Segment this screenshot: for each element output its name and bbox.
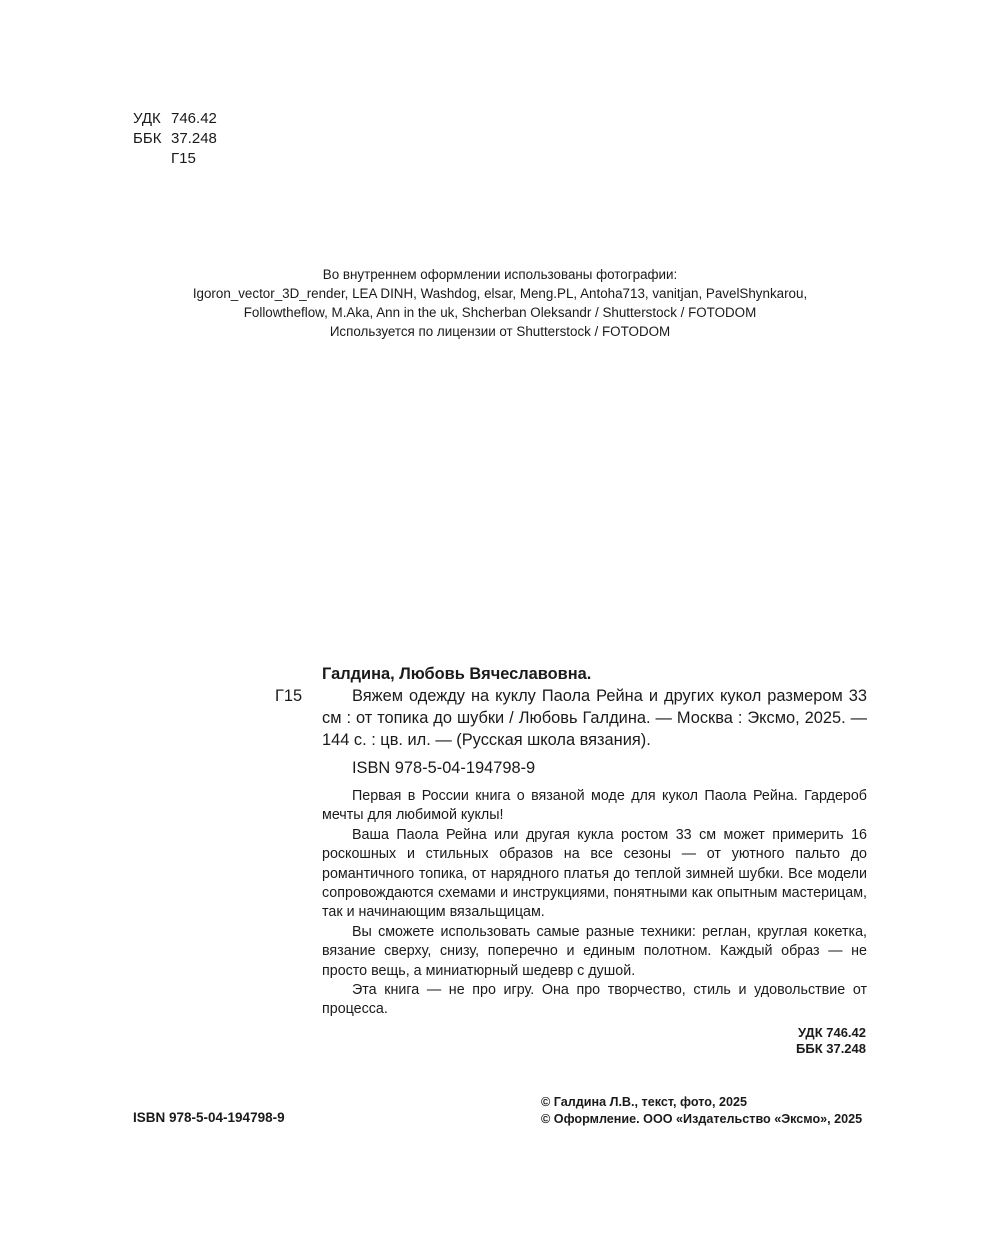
annotation-paragraph: Эта книга — не про игру. Она про творчес… <box>322 981 867 1020</box>
udk-label: УДК <box>133 109 171 129</box>
classification-codes: УДК 746.42 ББК 37.248 Г15 <box>133 109 217 169</box>
photo-credits: Во внутреннем оформлении использованы фо… <box>140 265 860 341</box>
copyright-notices: © Галдина Л.В., текст, фото, 2025 © Офор… <box>541 1094 862 1127</box>
copyright-line: © Галдина Л.В., текст, фото, 2025 <box>541 1094 862 1111</box>
copyright-line: © Оформление. ООО «Издательство «Эксмо»,… <box>541 1111 862 1128</box>
bbk-label: ББК <box>133 129 171 149</box>
bottom-classification-codes: УДК 746.42 ББК 37.248 <box>796 1025 866 1057</box>
biblio-isbn: ISBN 978-5-04-194798-9 <box>352 757 535 779</box>
credits-line: Followtheflow, M.Aka, Ann in the uk, Shc… <box>140 303 860 322</box>
biblio-author: Галдина, Любовь Вячеславовна. <box>322 663 867 685</box>
biblio-author-sign: Г15 <box>275 685 302 707</box>
author-sign: Г15 <box>133 149 217 169</box>
credits-line: Используется по лицензии от Shutterstock… <box>140 322 860 341</box>
credits-line: Во внутреннем оформлении использованы фо… <box>140 265 860 284</box>
annotation: Первая в России книга о вязаной моде для… <box>322 787 867 1020</box>
credits-line: Igoron_vector_3D_render, LEA DINH, Washd… <box>140 284 860 303</box>
bottom-bbk: ББК 37.248 <box>796 1041 866 1057</box>
udk-value: 746.42 <box>171 109 217 129</box>
bbk-value: 37.248 <box>171 129 217 149</box>
udk-row: УДК 746.42 <box>133 109 217 129</box>
annotation-paragraph: Вы сможете использовать самые разные тех… <box>322 923 867 981</box>
annotation-paragraph: Первая в России книга о вязаной моде для… <box>322 787 867 826</box>
biblio-description: Вяжем одежду на куклу Паола Рейна и друг… <box>322 685 867 751</box>
bottom-udk: УДК 746.42 <box>796 1025 866 1041</box>
annotation-paragraph: Ваша Паола Рейна или другая кукла ростом… <box>322 826 867 923</box>
bibliographic-record: Галдина, Любовь Вячеславовна. Вяжем одеж… <box>322 663 867 751</box>
bottom-isbn: ISBN 978-5-04-194798-9 <box>133 1110 285 1126</box>
bbk-row: ББК 37.248 <box>133 129 217 149</box>
